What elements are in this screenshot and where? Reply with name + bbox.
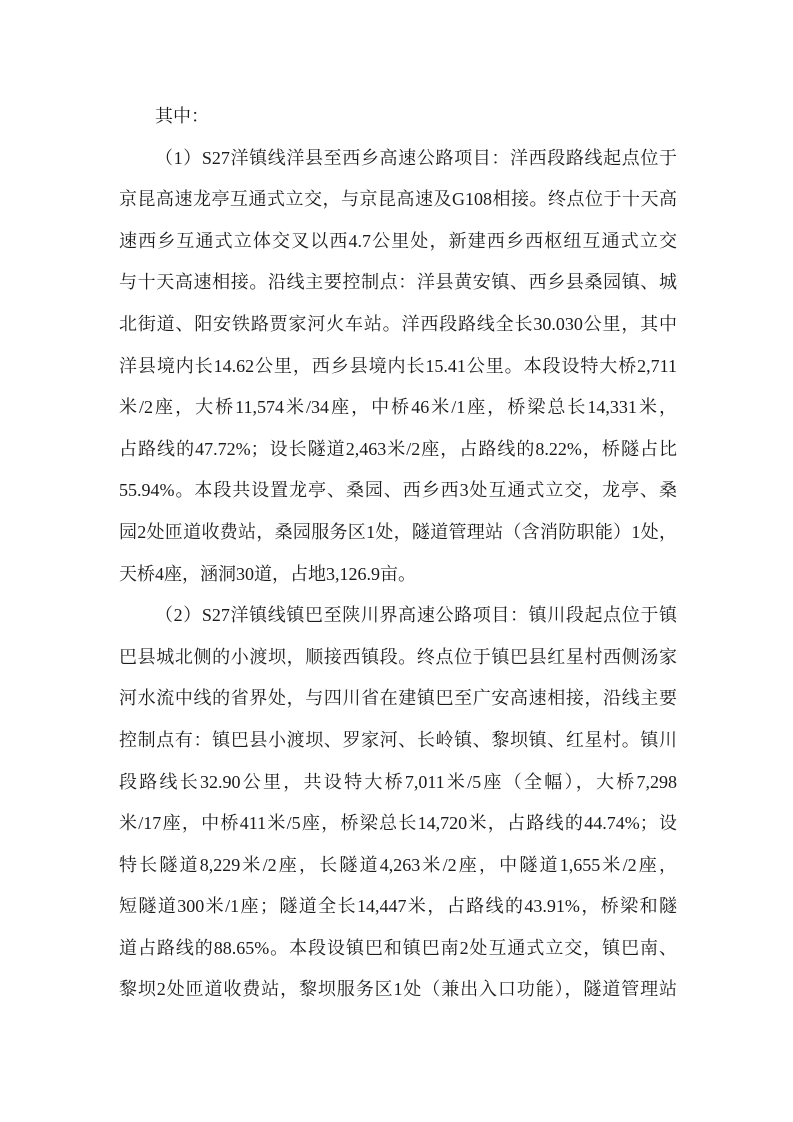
document-page: 其中： （1）S27洋镇线洋县至西乡高速公路项目：洋西段路线起点位于 京昆高速龙…: [0, 0, 793, 1122]
doc-line: 巴县城北侧的小渡坝，顺接西镇段。终点位于镇巴县红星村西侧汤家: [119, 637, 677, 679]
doc-line: 米/17座，中桥411米/5座，桥梁总长14,720米，占路线的44.74%；设: [119, 803, 677, 845]
paragraph-project-1: （1）S27洋镇线洋县至西乡高速公路项目：洋西段路线起点位于 京昆高速龙亭互通式…: [119, 138, 677, 596]
doc-line: 园2处匝道收费站，桑园服务区1处，隧道管理站（含消防职能）1处，: [119, 512, 677, 554]
doc-line: 黎坝2处匝道收费站，黎坝服务区1处（兼出入口功能），隧道管理站: [119, 969, 677, 1011]
doc-line: 段路线长32.90公里，共设特大桥7,011米/5座（全幅），大桥7,298: [119, 762, 677, 804]
text-block: 其中： （1）S27洋镇线洋县至西乡高速公路项目：洋西段路线起点位于 京昆高速龙…: [119, 96, 677, 1011]
doc-line: 55.94%。本段共设置龙亭、桑园、西乡西3处互通式立交，龙亭、桑: [119, 470, 677, 512]
doc-line: （2）S27洋镇线镇巴至陕川界高速公路项目：镇川段起点位于镇: [119, 595, 677, 637]
doc-line: 控制点有：镇巴县小渡坝、罗家河、长岭镇、黎坝镇、红星村。镇川: [119, 720, 677, 762]
paragraph-project-2: （2）S27洋镇线镇巴至陕川界高速公路项目：镇川段起点位于镇 巴县城北侧的小渡坝…: [119, 595, 677, 1011]
doc-line: 短隧道300米/1座；隧道全长14,447米，占路线的43.91%，桥梁和隧: [119, 886, 677, 928]
doc-line: 米/2座，大桥11,574米/34座，中桥46米/1座，桥梁总长14,331米，: [119, 387, 677, 429]
doc-line: 北街道、阳安铁路贾家河火车站。洋西段路线全长30.030公里，其中: [119, 304, 677, 346]
doc-line: 道占路线的88.65%。本段设镇巴和镇巴南2处互通式立交，镇巴南、: [119, 928, 677, 970]
doc-line: 河水流中线的省界处，与四川省在建镇巴至广安高速相接，沿线主要: [119, 678, 677, 720]
doc-line: 速西乡互通式立体交叉以西4.7公里处，新建西乡西枢纽互通式立交: [119, 221, 677, 263]
doc-line: 京昆高速龙亭互通式立交，与京昆高速及G108相接。终点位于十天高: [119, 179, 677, 221]
doc-line: 特长隧道8,229米/2座，长隧道4,263米/2座，中隧道1,655米/2座，: [119, 845, 677, 887]
doc-line: 其中：: [119, 96, 677, 138]
doc-line: 占路线的47.72%；设长隧道2,463米/2座，占路线的8.22%，桥隧占比: [119, 429, 677, 471]
doc-line: 天桥4座，涵洞30道，占地3,126.9亩。: [119, 554, 677, 596]
doc-line: 与十天高速相接。沿线主要控制点：洋县黄安镇、西乡县桑园镇、城: [119, 262, 677, 304]
doc-line: 洋县境内长14.62公里，西乡县境内长15.41公里。本段设特大桥2,711: [119, 346, 677, 388]
paragraph-intro: 其中：: [119, 96, 677, 138]
doc-line: （1）S27洋镇线洋县至西乡高速公路项目：洋西段路线起点位于: [119, 138, 677, 180]
